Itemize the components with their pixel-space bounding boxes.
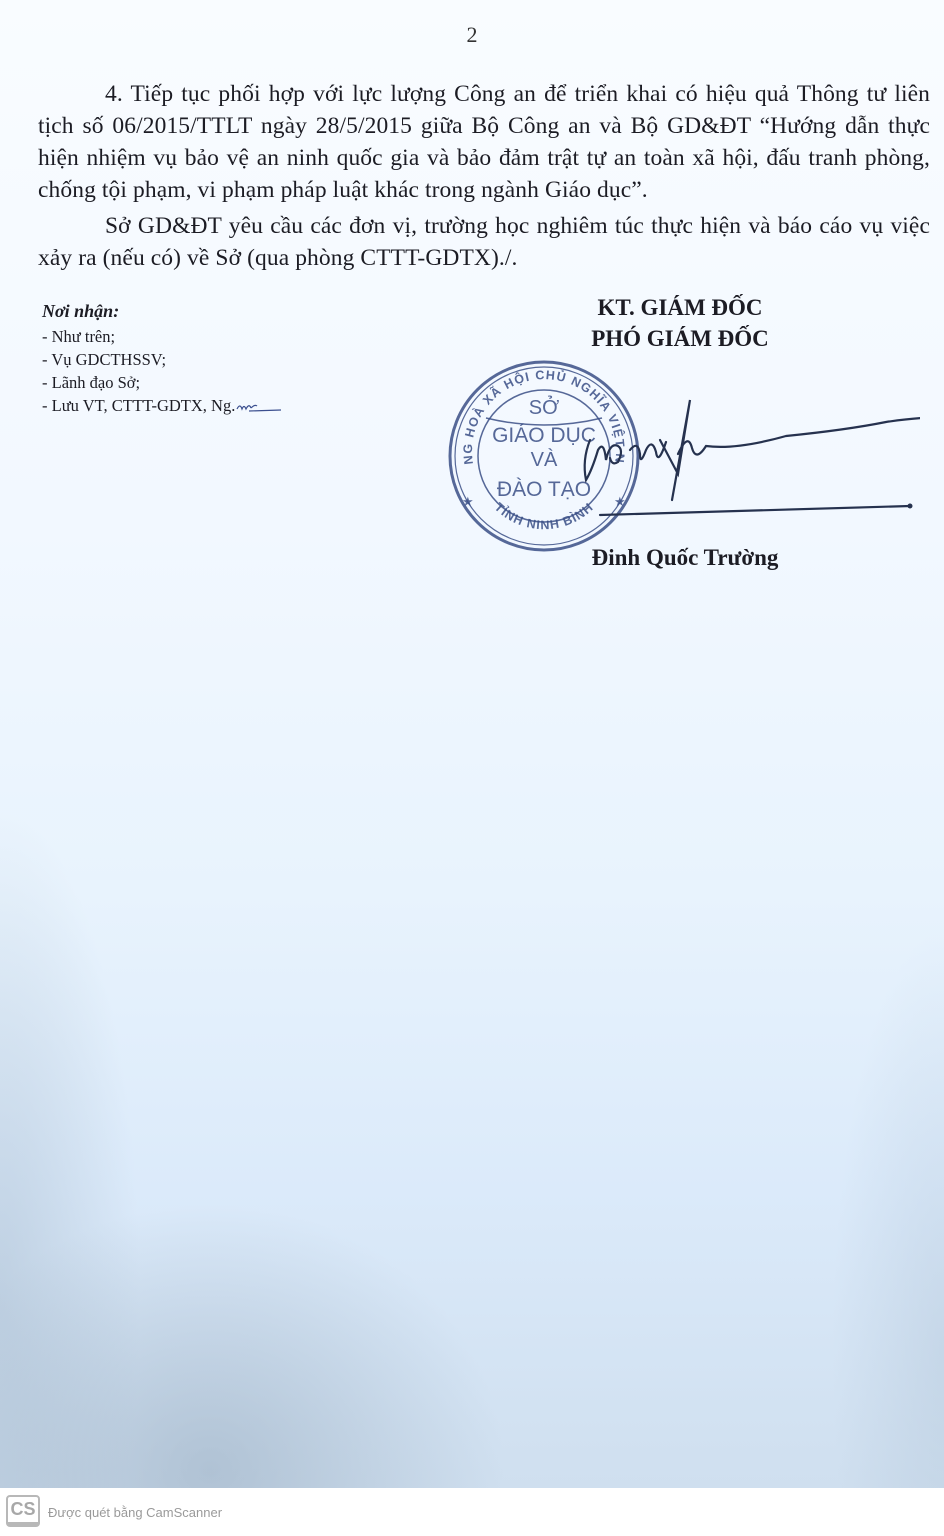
recipients-heading: Nơi nhận: (42, 300, 283, 323)
recipient-item: - Vụ GDCTHSSV; (42, 348, 283, 371)
signer-name: Đinh Quốc Trường (560, 545, 810, 571)
camscanner-watermark: Được quét bằng CamScanner (48, 1505, 222, 1520)
handwritten-initials-icon (235, 400, 283, 414)
recipient-item: - Như trên; (42, 325, 283, 348)
page-number: 2 (0, 22, 944, 48)
camscanner-logo-icon: CS (6, 1495, 40, 1527)
signature-title-line1: KT. GIÁM ĐỐC (560, 292, 800, 323)
recipient-item: - Lãnh đạo Sở; (42, 371, 283, 394)
paragraph-item-4: 4. Tiếp tục phối hợp với lực lượng Công … (38, 78, 930, 206)
signature-title-line2: PHÓ GIÁM ĐỐC (560, 323, 800, 354)
handwritten-signature-icon (560, 380, 920, 520)
signature-title-block: KT. GIÁM ĐỐC PHÓ GIÁM ĐỐC (560, 292, 800, 354)
paragraph-request: Sở GD&ĐT yêu cầu các đơn vị, trường học … (38, 210, 930, 274)
recipients-list: Nơi nhận: - Như trên; - Vụ GDCTHSSV; - L… (42, 300, 283, 417)
svg-text:★: ★ (462, 494, 474, 509)
scanned-page: 2 4. Tiếp tục phối hợp với lực lượng Côn… (0, 0, 944, 1488)
svg-text:SỞ: SỞ (529, 395, 560, 419)
svg-text:VÀ: VÀ (531, 448, 558, 471)
recipient-item: - Lưu VT, CTTT-GDTX, Ng. (42, 394, 283, 417)
